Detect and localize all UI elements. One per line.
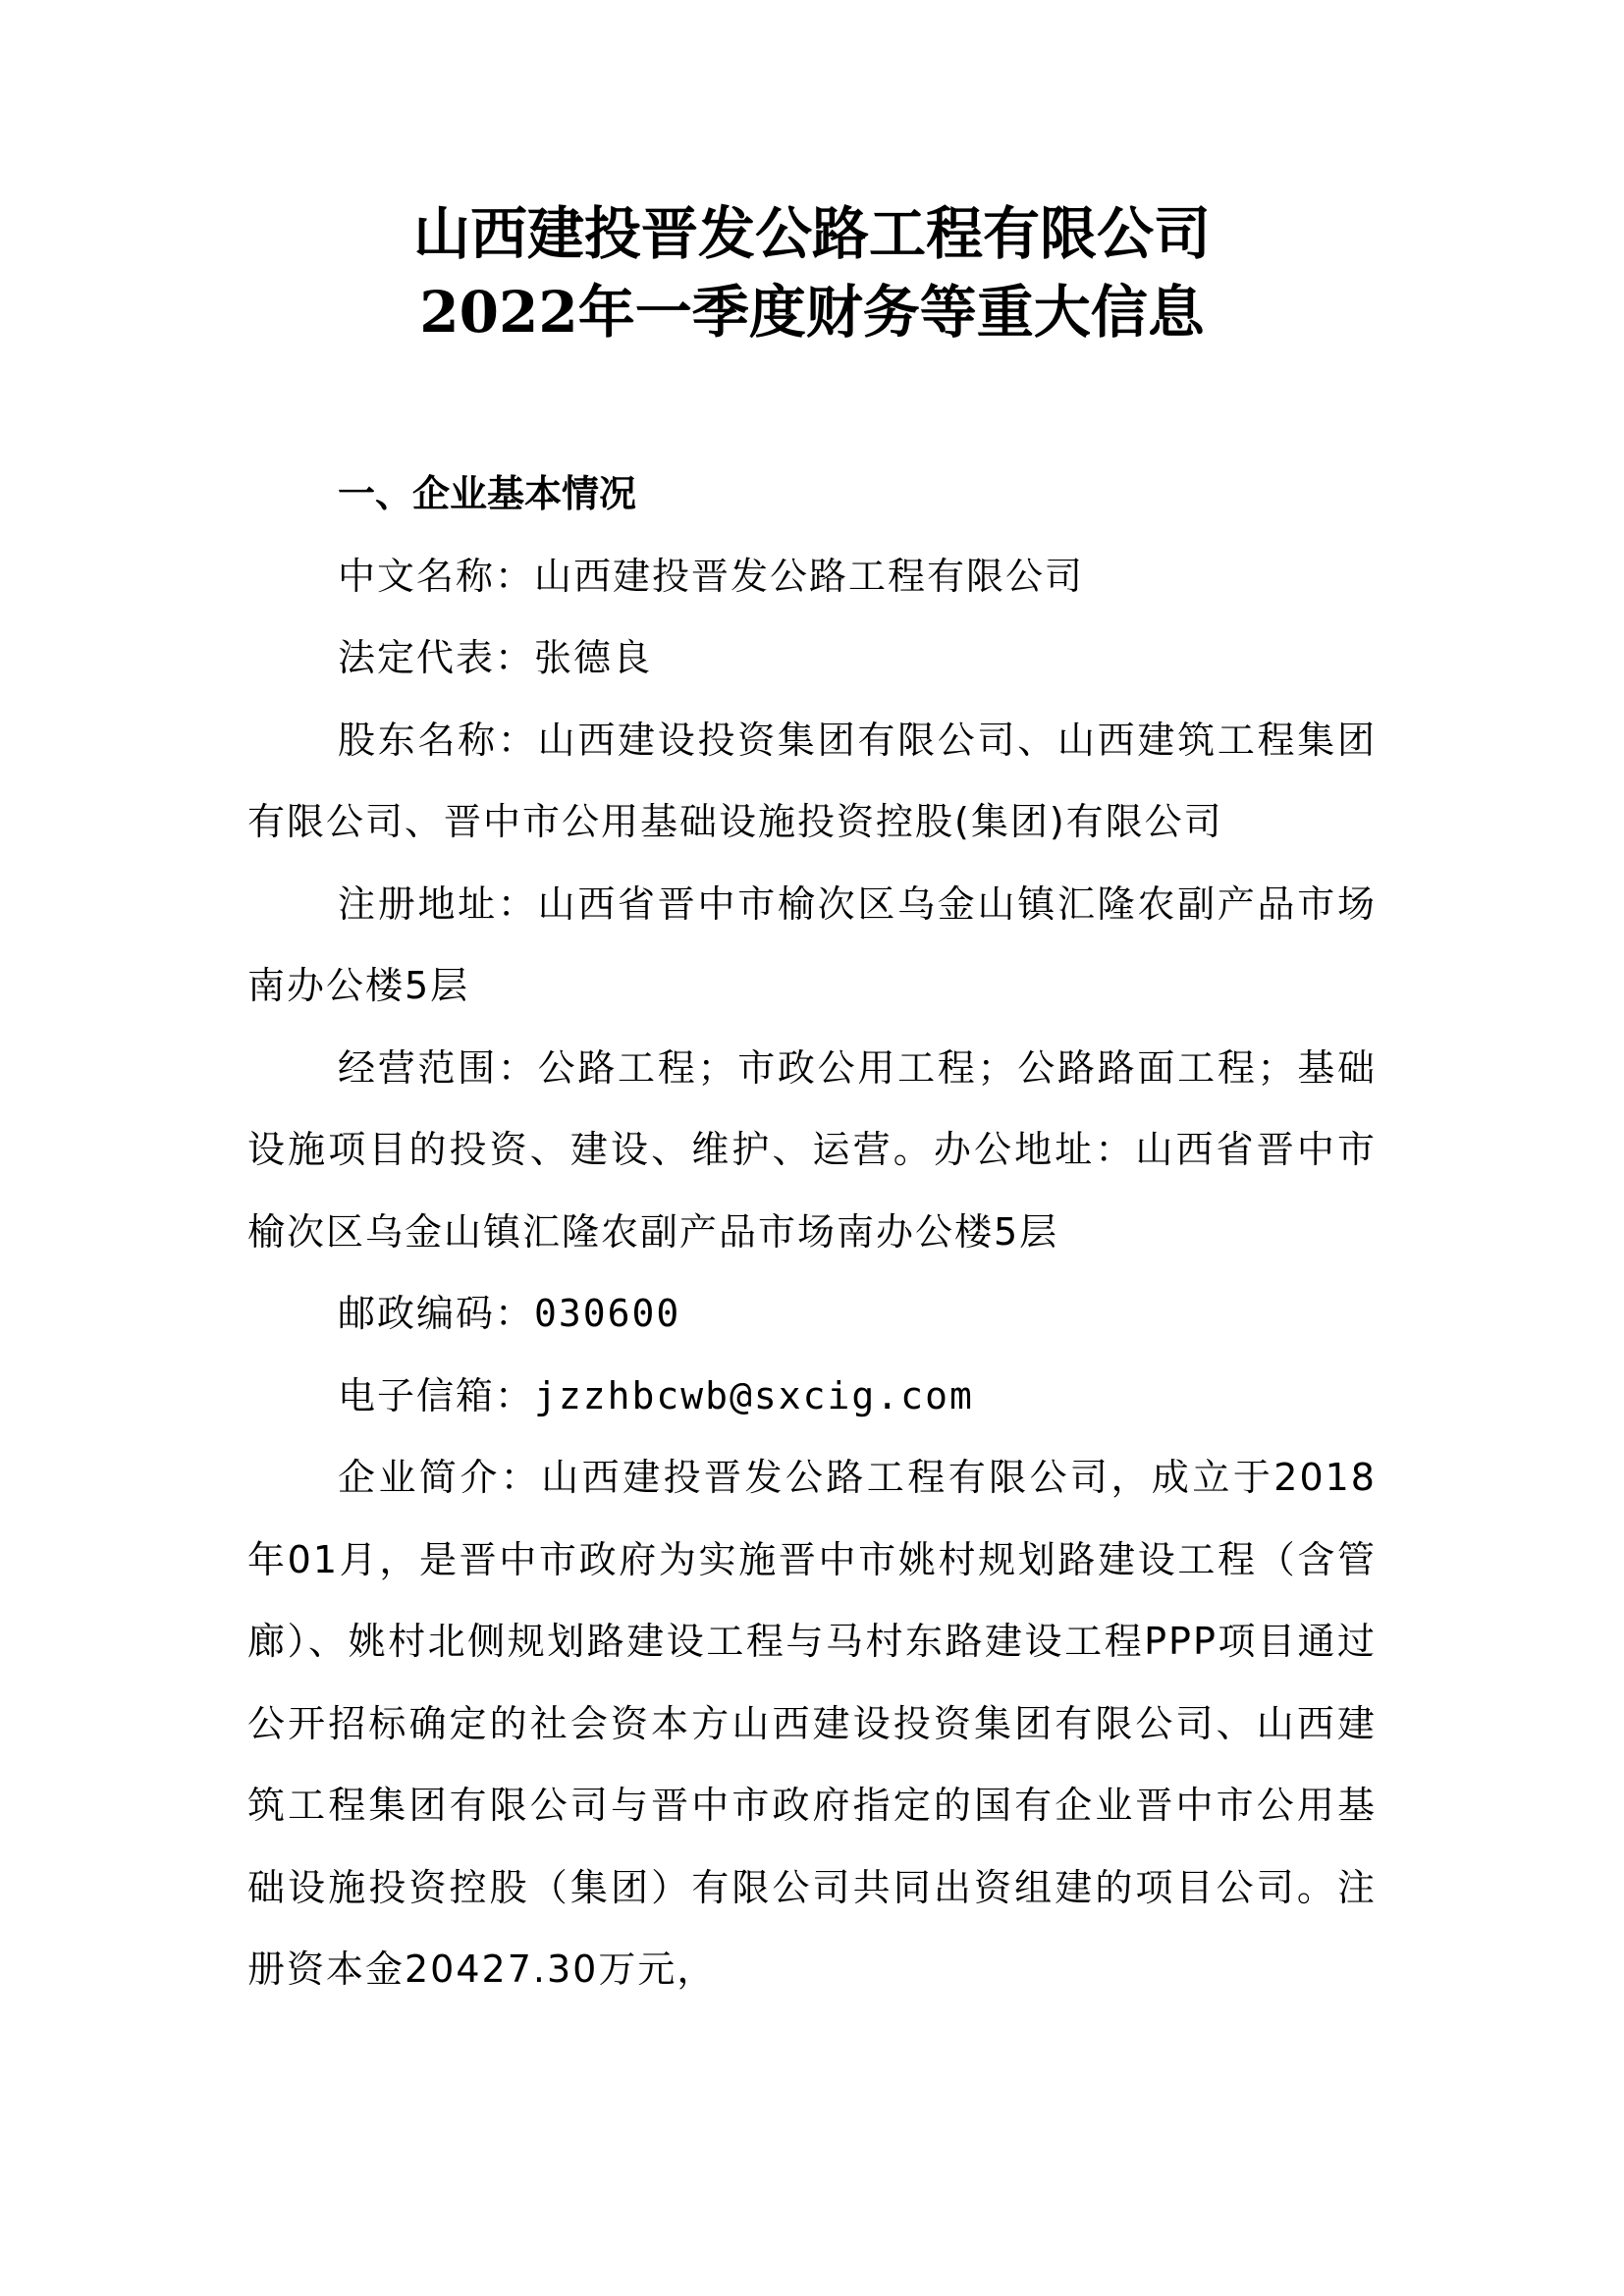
document-body: 一、企业基本情况 中文名称：山西建投晋发公路工程有限公司 法定代表：张德良 股东… [247, 454, 1377, 2011]
field-legal-representative: 法定代表：张德良 [247, 617, 1377, 700]
field-shareholders: 股东名称：山西建设投资集团有限公司、山西建筑工程集团有限公司、晋中市公用基础设施… [247, 700, 1377, 864]
field-label: 注册地址： [338, 882, 538, 926]
title-line-company: 山西建投晋发公路工程有限公司 [0, 194, 1624, 273]
field-value: 山西建投晋发公路工程有限公司 [534, 555, 1084, 598]
title-line-report: 2022年一季度财务等重大信息 [0, 273, 1624, 351]
field-label: 企业简介： [338, 1456, 541, 1499]
email-link[interactable]: jzzhbcwb@sxcig.com [534, 1374, 974, 1417]
field-chinese-name: 中文名称：山西建投晋发公路工程有限公司 [247, 536, 1377, 618]
field-value: 030600 [534, 1292, 680, 1335]
document-page: 山西建投晋发公路工程有限公司 2022年一季度财务等重大信息 一、企业基本情况 … [0, 0, 1624, 2296]
field-label: 经营范围： [338, 1046, 538, 1090]
field-value: 张德良 [534, 636, 652, 679]
field-label: 电子信箱： [338, 1374, 534, 1417]
field-email: 电子信箱：jzzhbcwb@sxcig.com [247, 1356, 1377, 1438]
field-label: 法定代表： [338, 636, 534, 679]
field-label: 中文名称： [338, 555, 534, 598]
document-title: 山西建投晋发公路工程有限公司 2022年一季度财务等重大信息 [0, 194, 1624, 351]
field-registered-address: 注册地址：山西省晋中市榆次区乌金山镇汇隆农副产品市场南办公楼5层 [247, 864, 1377, 1028]
field-label: 邮政编码： [338, 1292, 534, 1335]
field-value: 山西建投晋发公路工程有限公司，成立于2018年01月，是晋中市政府为实施晋中市姚… [247, 1456, 1377, 1991]
field-postal-code: 邮政编码：030600 [247, 1273, 1377, 1356]
section-heading-basic-info: 一、企业基本情况 [247, 454, 1377, 536]
field-label: 股东名称： [338, 719, 538, 762]
field-company-profile: 企业简介：山西建投晋发公路工程有限公司，成立于2018年01月，是晋中市政府为实… [247, 1437, 1377, 2011]
field-business-scope: 经营范围：公路工程；市政公用工程；公路路面工程；基础设施项目的投资、建设、维护、… [247, 1028, 1377, 1274]
